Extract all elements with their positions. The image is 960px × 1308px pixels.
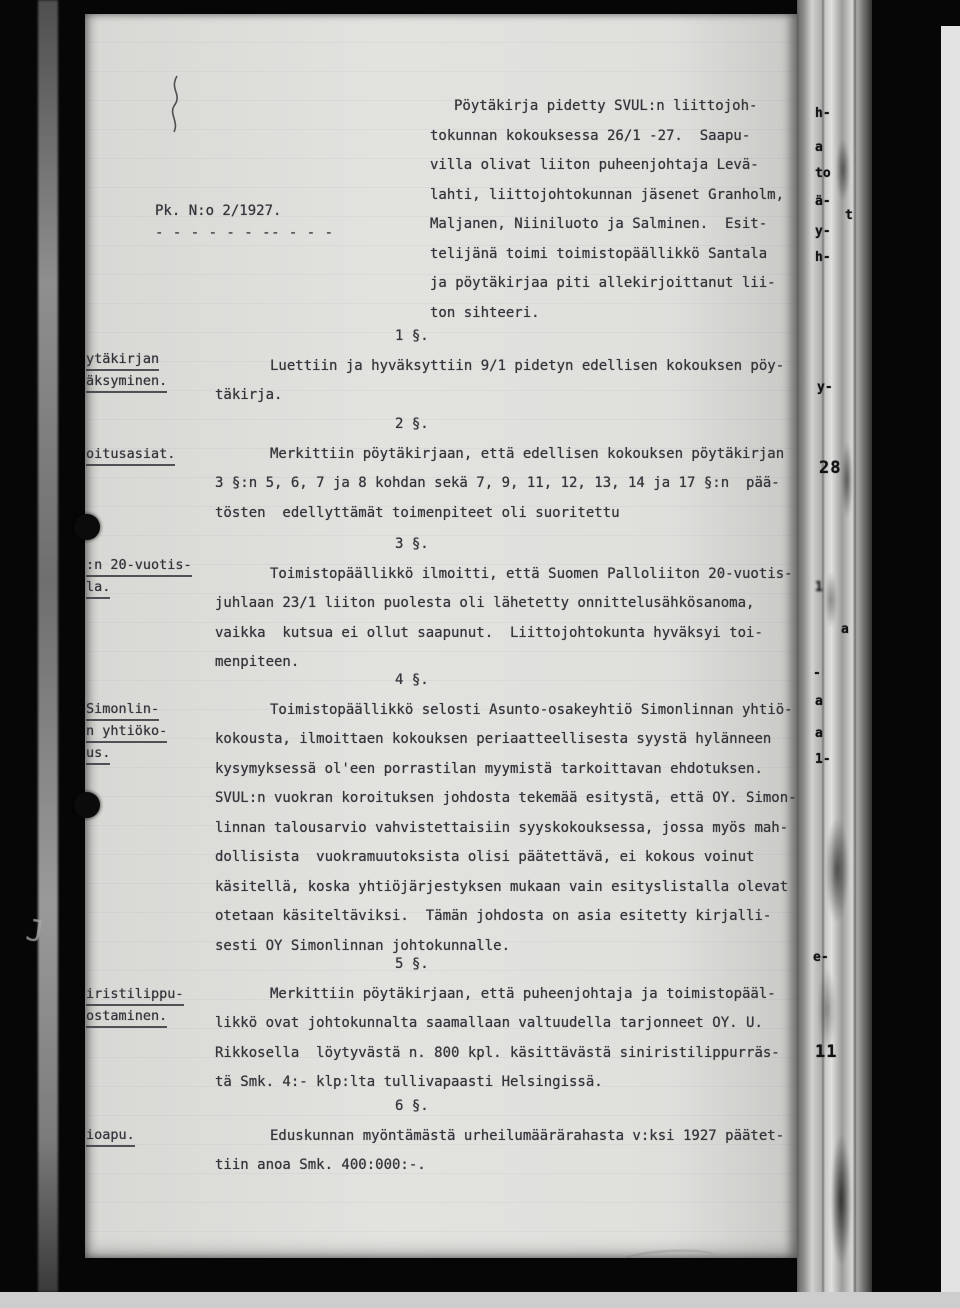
bleedthrough-mark: 1 xyxy=(815,580,823,595)
section-heading: 1 §. xyxy=(215,322,815,352)
section-heading: 4 §. xyxy=(215,666,815,696)
header-line: ja pöytäkirjaa piti allekirjoittanut lii… xyxy=(430,269,802,299)
margin-label-siniristilippujen-ostaminen: iristilippu- ostaminen. xyxy=(86,985,226,1029)
body-line: Toimistopäällikkö selosti Asunto-osakeyh… xyxy=(215,696,815,726)
scanner-bed-bottom-strip xyxy=(0,1292,960,1308)
case-number-block: Pk. N:o 2/1927. - - - - - - -- - - - xyxy=(155,200,334,244)
header-line: telijänä toimi toimistopäällikkö Santala xyxy=(430,240,802,270)
scanner-bed-right-strip xyxy=(941,26,960,1292)
section-3: 3 §. Toimistopäällikkö ilmoitti, että Su… xyxy=(215,530,815,678)
body-line: Eduskunnan myöntämästä urheilumäärärahas… xyxy=(215,1122,815,1152)
body-line: 3 §:n 5, 6, 7 ja 8 kohdan sekä 7, 9, 11,… xyxy=(215,469,815,499)
binding-gutter: h- a to ä- t y- h- y- 28 1 a - a a 1- e-… xyxy=(797,0,872,1292)
case-number: Pk. N:o 2/1927. xyxy=(155,200,334,222)
body-line: Rikkosella löytyvästä n. 800 kpl. käsitt… xyxy=(215,1039,815,1069)
header-line: Pöytäkirja pidetty SVUL:n liittojoh- xyxy=(430,92,802,122)
bleedthrough-mark: to xyxy=(815,166,831,181)
body-line: tiin anoa Smk. 400:000:-. xyxy=(215,1151,815,1181)
body-line: täkirja. xyxy=(215,381,815,411)
section-6: 6 §. Eduskunnan myöntämästä urheilumäärä… xyxy=(215,1092,815,1181)
body-line: kysymyksessä ol'een porrastilan myymistä… xyxy=(215,755,815,785)
body-line: linnan talousarvio vahvistettaisiin syys… xyxy=(215,814,815,844)
page-number-stamp: 28 xyxy=(819,458,841,478)
body-line: kokousta, ilmoittaen kokouksen periaatte… xyxy=(215,725,815,755)
paper-sheet: Pöytäkirja pidetty SVUL:n liittojoh- tok… xyxy=(85,14,797,1258)
margin-label-simonlinnan-yhtiokokous: Simonlin- n yhtiöko- us. xyxy=(86,700,226,766)
header-line: villa olivat liiton puheenjohtaja Levä- xyxy=(430,151,802,181)
body-line: Merkittiin pöytäkirjaan, että edellisen … xyxy=(215,440,815,470)
case-number-underline: - - - - - - -- - - - xyxy=(155,222,334,244)
bleedthrough-mark: h- xyxy=(815,106,831,121)
body-line: tösten edellyttämät toimenpiteet oli suo… xyxy=(215,499,815,529)
body-line: juhlaan 23/1 liiton puolesta oli lähetet… xyxy=(215,589,815,619)
section-5: 5 §. Merkittiin pöytäkirjaan, että puhee… xyxy=(215,950,815,1098)
scan-left-edge-strip xyxy=(38,0,58,1292)
margin-label-ilmoitusasiat: oitusasiat. xyxy=(86,445,226,467)
bleedthrough-mark: y- xyxy=(817,380,833,395)
section-heading: 5 §. xyxy=(215,950,815,980)
bleedthrough-mark: a xyxy=(815,726,823,741)
bleedthrough-mark: t xyxy=(845,208,853,223)
header-line: Maljanen, Niiniluoto ja Salminen. Esit- xyxy=(430,210,802,240)
section-2: 2 §. Merkittiin pöytäkirjaan, että edell… xyxy=(215,410,815,528)
scanned-document-page: J Pöytäkirja pidetty SVUL:n liittojoh- t… xyxy=(0,0,960,1308)
bleedthrough-mark: e- xyxy=(813,950,829,965)
body-line: likkö ovat johtokunnalta saamallaan valt… xyxy=(215,1009,815,1039)
bleedthrough-mark: - xyxy=(813,666,821,681)
body-line: vaikka kutsua ei ollut saapunut. Liittoj… xyxy=(215,619,815,649)
page-number-stamp: 11 xyxy=(815,1042,837,1062)
bleedthrough-mark: y- xyxy=(815,224,831,239)
section-heading: 2 §. xyxy=(215,410,815,440)
protocol-header-paragraph: Pöytäkirja pidetty SVUL:n liittojoh- tok… xyxy=(430,92,802,328)
punch-hole xyxy=(74,514,100,540)
body-line: dollisista vuokramuutoksista olisi pääte… xyxy=(215,843,815,873)
body-line: otetaan käsiteltäviksi. Tämän johdosta o… xyxy=(215,902,815,932)
section-heading: 3 §. xyxy=(215,530,815,560)
body-line: käsitellä, koska yhtiöjärjestyksen mukaa… xyxy=(215,873,815,903)
bleedthrough-mark: h- xyxy=(815,250,831,265)
section-heading: 6 §. xyxy=(215,1092,815,1122)
header-line: tokunnan kokouksessa 26/1 -27. Saapu- xyxy=(430,122,802,152)
bleedthrough-mark: a xyxy=(841,622,849,637)
body-line: SVUL:n vuokran koroituksen johdosta teke… xyxy=(215,784,815,814)
margin-label-valtioapu: ioapu. xyxy=(86,1126,226,1148)
section-1: 1 §. Luettiin ja hyväksyttiin 9/1 pidety… xyxy=(215,322,815,411)
section-4: 4 §. Toimistopäällikkö selosti Asunto-os… xyxy=(215,666,815,961)
faint-pencil-mark xyxy=(623,1248,716,1269)
bleedthrough-mark: ä- xyxy=(815,194,831,209)
bleedthrough-mark: 1- xyxy=(815,752,831,767)
header-line: lahti, liittojohtokunnan jäsenet Granhol… xyxy=(430,181,802,211)
punch-hole xyxy=(74,792,100,818)
margin-label-20-vuotisjuhla: :n 20-vuotis- la. xyxy=(86,556,226,600)
ink-squiggle-mark xyxy=(165,74,191,136)
body-line: Luettiin ja hyväksyttiin 9/1 pidetyn ede… xyxy=(215,352,815,382)
bleedthrough-mark: a xyxy=(815,140,823,155)
margin-label-poytakirjan-hyvaksyminen: ytäkirjan äksyminen. xyxy=(86,350,226,394)
body-line: Merkittiin pöytäkirjaan, että puheenjoht… xyxy=(215,980,815,1010)
bleedthrough-mark: a xyxy=(815,694,823,709)
body-line: Toimistopäällikkö ilmoitti, että Suomen … xyxy=(215,560,815,590)
